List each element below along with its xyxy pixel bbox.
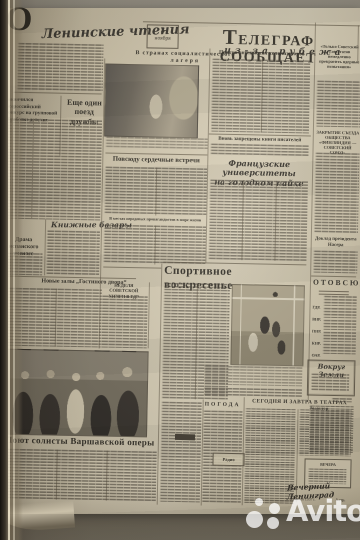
group-photo xyxy=(3,349,149,438)
radio-label: Радио xyxy=(213,454,243,466)
headline-nasser-report: Доклад президента Насера xyxy=(314,237,358,249)
news-brief: ВНР. xyxy=(312,308,356,320)
news-brief: ОАР. xyxy=(312,344,356,356)
around-earth-text xyxy=(311,374,349,392)
bazaars-text xyxy=(46,230,100,276)
news-brief-text xyxy=(323,320,356,331)
avito-logo-circle xyxy=(255,498,263,506)
avito-logo-circle xyxy=(269,503,280,514)
avito-logo-icon xyxy=(246,498,282,534)
soccer-photo-caption xyxy=(204,365,302,386)
evening-ad-title: ВЕЧЕРА xyxy=(305,461,350,467)
headline-book-week-line1: НЕДЕЛЯ СОВЕТСКОЙ xyxy=(102,283,146,294)
warsaw-article-text xyxy=(4,449,157,502)
camp-photo xyxy=(104,64,199,139)
headline-friendship-line1: Еще один xyxy=(63,98,105,108)
avito-logo-circle xyxy=(267,517,279,529)
right-bottom-listings xyxy=(309,406,354,455)
book-spine xyxy=(0,0,8,540)
french-article-text xyxy=(208,180,308,262)
headline-otovsyudu: ОТОВСЮДУ xyxy=(313,279,355,289)
soccer-photo xyxy=(230,284,305,366)
headline-cordial-meetings: Повсюду сердечные встречи xyxy=(106,156,206,166)
news-brief-text xyxy=(324,296,357,307)
editor-name-text xyxy=(332,398,352,402)
headline-warsaw-opera: Поют солисты Варшавской оперы xyxy=(5,435,155,448)
camp-photo-caption xyxy=(106,137,208,151)
lenin-article-text xyxy=(17,43,104,93)
news-brief-text xyxy=(323,344,356,355)
around-earth-box: Вокруг Земли xyxy=(307,359,356,396)
inverted-label xyxy=(175,434,195,440)
book-week-text xyxy=(101,295,148,348)
avito-wordmark: Avito xyxy=(286,494,360,528)
news-brief-text xyxy=(323,332,356,343)
congress-article-text xyxy=(314,153,360,234)
news-brief-text xyxy=(323,308,356,319)
double-rule xyxy=(319,291,349,296)
rule xyxy=(103,267,161,269)
newspaper-photo: О 3 ноября Телеграф сообщает из-за рубеж… xyxy=(0,0,360,540)
news-brief-lead: ОАР. xyxy=(312,353,321,358)
news-brief: КНР. xyxy=(312,332,356,344)
news-brief: ГДР. xyxy=(313,296,357,308)
sports-lower-text xyxy=(204,387,302,398)
radio-label-box: Радио xyxy=(212,453,244,467)
avito-watermark: Avito xyxy=(246,494,358,536)
avito-logo-circle xyxy=(246,511,263,528)
nuclear-article-text xyxy=(316,81,360,128)
headline-nuclear-tests: «Только Советский Союз готов немедленно … xyxy=(317,44,360,70)
banned-books-text xyxy=(210,144,308,158)
otovsyudu-entries: ГДР. ВНР. ПНР. КНР. ОАР. xyxy=(313,296,357,297)
rule xyxy=(148,282,150,348)
headline-weather: ПОГОДА xyxy=(205,401,241,408)
binding-fold-shadow xyxy=(8,0,23,540)
page-content: О 3 ноября Телеграф сообщает из-за рубеж… xyxy=(0,0,360,540)
nasser-article-text xyxy=(313,251,357,274)
lower-left-col-text xyxy=(160,402,202,503)
news-brief: ПНР. xyxy=(312,320,356,332)
headline-banned-books: Вновь запрещены книги писателей xyxy=(213,136,307,144)
editor-line: Редактор xyxy=(310,397,354,404)
